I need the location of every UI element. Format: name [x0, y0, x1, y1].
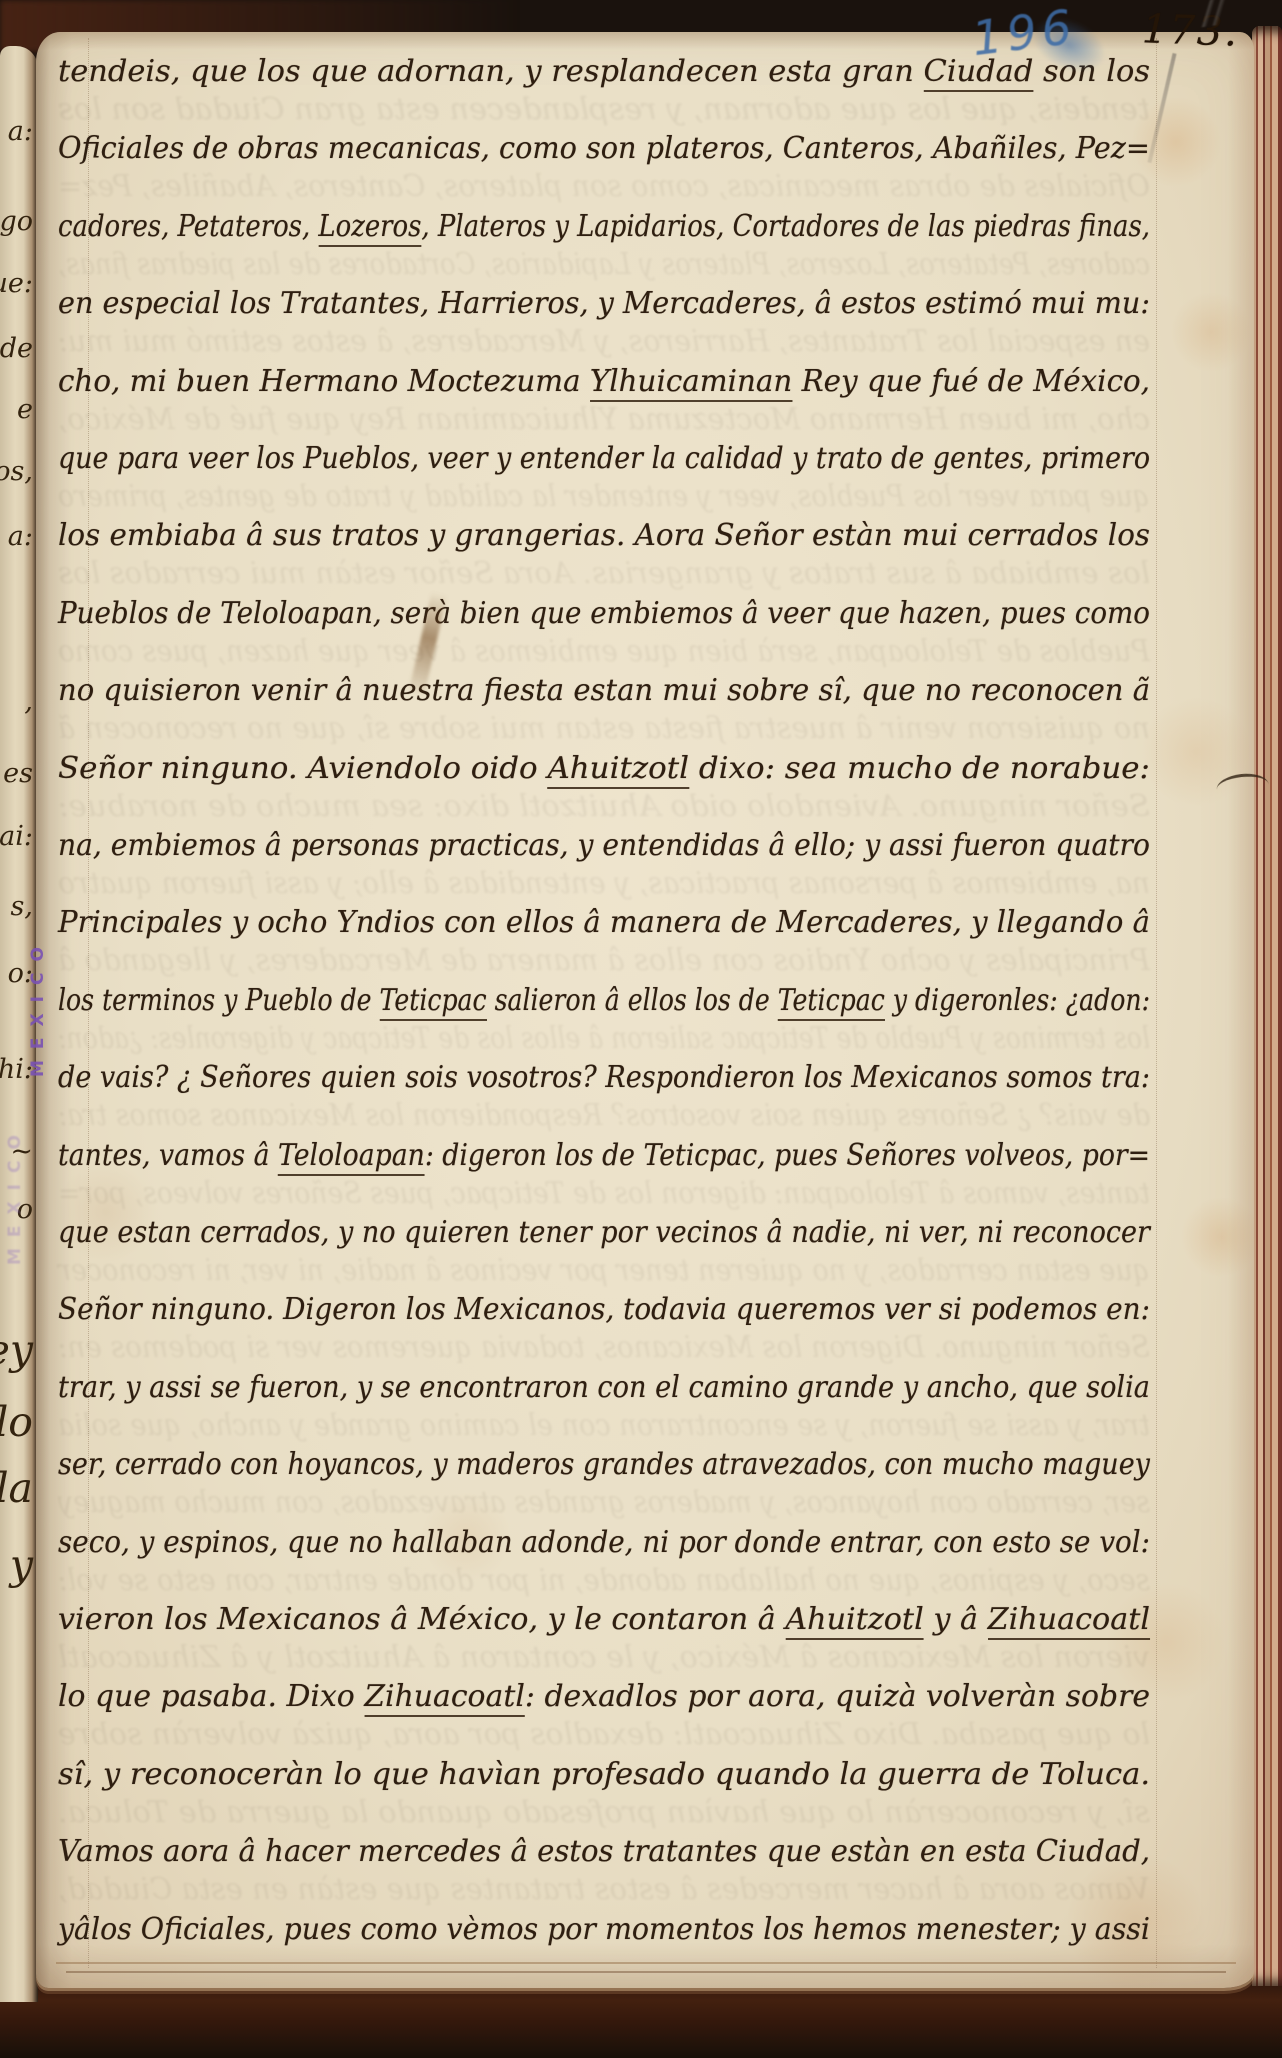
manuscript-line: Pueblos de Teloloapan, serà bien que emb…	[58, 596, 1150, 656]
underlined-word: Zihuacoatl	[364, 1679, 525, 1717]
underlined-word: Ylhuicaminan	[590, 364, 792, 402]
facing-page-text-fragment: lla	[0, 1464, 33, 1512]
line-text: y â	[924, 1602, 988, 1637]
book-page-edges-right	[1252, 26, 1282, 1986]
underlined-word: Teloloapan	[278, 1138, 425, 1176]
line-text: na, embiemos â personas practicas, y ent…	[58, 828, 1150, 863]
facing-page-text-fragment: los,	[0, 456, 33, 487]
line-text: Señor ninguno. Aviendolo oido	[58, 751, 547, 786]
line-text: no quisieron venir â nuestra fiesta esta…	[58, 673, 1150, 708]
line-text: ser, cerrado con hoyancos, y maderos gra…	[58, 1447, 1150, 1482]
manuscript-line: en especial los Tratantes, Harrieros, y …	[58, 286, 1150, 346]
underlined-word: Teticpac	[380, 983, 487, 1021]
line-text: seco, y espinos, que no hallaban adonde,…	[58, 1525, 1150, 1560]
manuscript-line: Oficiales de obras mecanicas, como son p…	[58, 131, 1150, 191]
book-cover-bottom	[0, 1978, 1282, 2058]
line-text: los embiaba â sus tratos y grangerias. A…	[58, 518, 1150, 553]
manuscript-line: Señor ninguno. Aviendolo oido Ahuitzotl …	[58, 751, 1150, 811]
facing-page-text-fragment: Rey	[0, 1326, 33, 1374]
line-text: : dexadlos por aora, quizà volveràn sobr…	[525, 1679, 1150, 1714]
line-text: salieron â ellos los de	[487, 983, 778, 1018]
manuscript-line: cadores, Petateros, Lozeros, Plateros y …	[58, 209, 1150, 269]
manuscript-line: no quisieron venir â nuestra fiesta esta…	[58, 673, 1150, 733]
line-text: cadores, Petateros,	[58, 209, 318, 244]
margin-crease-right	[1156, 38, 1157, 1968]
manuscript-line: los terminos y Pueblo de Teticpac salier…	[58, 983, 1150, 1043]
facing-page-text-fragment: es	[3, 758, 33, 789]
manuscript-line: los embiaba â sus tratos y grangerias. A…	[58, 518, 1150, 578]
page-edge-line	[66, 1971, 1226, 1973]
mexico-stamp: MEXICO	[28, 842, 48, 1077]
manuscript-line: trar, y assi se fueron, y se encontraron…	[58, 1370, 1150, 1430]
manuscript-line: seco, y espinos, que no hallaban adonde,…	[58, 1525, 1150, 1585]
line-text: que para veer los Pueblos, veer y entend…	[58, 441, 1150, 476]
line-text: yâlos Oficiales, pues como vèmos por mom…	[58, 1912, 1150, 1947]
facing-page-text-fragment: ue:	[0, 268, 33, 299]
line-text: tendeis, que los que adornan, y respland…	[58, 54, 924, 89]
line-text: , Plateros y Lapidarios, Cortadores de l…	[421, 209, 1150, 244]
manuscript-line: Señor ninguno. Digeron los Mexicanos, to…	[58, 1292, 1150, 1352]
facing-page-text-fragment: a:	[8, 521, 33, 552]
manuscript-line: cho, mi buen Hermano Moctezuma Ylhuicami…	[58, 364, 1150, 424]
manuscript-line: Principales y ocho Yndios con ellos â ma…	[58, 905, 1150, 965]
manuscript-line: sî, y reconoceràn lo que havìan profesad…	[58, 1757, 1150, 1817]
line-text: : digeron los de Teticpac, pues Señores …	[425, 1138, 1150, 1173]
line-text: cho, mi buen Hermano Moctezuma	[58, 364, 590, 399]
manuscript-line: tantes, vamos â Teloloapan: digeron los …	[58, 1138, 1150, 1198]
facing-page-text-fragment: go	[0, 206, 33, 237]
line-text: los terminos y Pueblo de	[58, 983, 380, 1018]
underlined-word: Lozeros	[318, 209, 421, 247]
line-text: dixo: sea mucho de norabue:	[689, 751, 1150, 786]
manuscript-line: ser, cerrado con hoyancos, y maderos gra…	[58, 1447, 1150, 1507]
line-text: sî, y reconoceràn lo que havìan profesad…	[58, 1757, 1150, 1792]
underlined-word: Teticpac	[778, 983, 885, 1021]
underlined-word: Zihuacoatl	[988, 1602, 1150, 1640]
line-text: Rey que fué de México,	[792, 364, 1150, 399]
line-text: tantes, vamos â	[58, 1138, 278, 1173]
mexico-stamp-offset: MEXICO	[5, 1055, 25, 1265]
underlined-word: Ahuitzotl	[785, 1602, 923, 1640]
manuscript-page: tendeis, que los que adornan, y respland…	[36, 32, 1254, 1988]
line-text: lo que pasaba. Dixo	[58, 1679, 364, 1714]
line-text: Principales y ocho Yndios con ellos â ma…	[58, 905, 1150, 940]
manuscript-line: de vais? ¿ Señores quien sois vosotros? …	[58, 1060, 1150, 1120]
manuscript-line: lo que pasaba. Dixo Zihuacoatl: dexadlos…	[58, 1679, 1150, 1739]
manuscript-photo: a:goue:deelos,a:,esai:s,o:hi:~oReyblolla…	[0, 0, 1282, 2058]
line-text: Señor ninguno. Digeron los Mexicanos, to…	[58, 1292, 1150, 1327]
page-edge-line	[56, 1962, 1236, 1964]
underlined-word: Ahuitzotl	[547, 751, 689, 789]
manuscript-line: que para veer los Pueblos, veer y entend…	[58, 441, 1150, 501]
line-text: Oficiales de obras mecanicas, como son p…	[58, 131, 1150, 166]
manuscript-line: vieron los Mexicanos â México, y le cont…	[58, 1602, 1150, 1662]
manuscript-line: na, embiemos â personas practicas, y ent…	[58, 828, 1150, 888]
line-text: en especial los Tratantes, Harrieros, y …	[58, 286, 1150, 321]
facing-page-text-fragment: ,	[24, 686, 33, 717]
line-text: Vamos aora â hacer mercedes â estos trat…	[58, 1834, 1150, 1869]
facing-page-text-fragment: a:	[8, 116, 33, 147]
line-text: que estan cerrados, y no quieren tener p…	[58, 1215, 1150, 1250]
facing-page-text-fragment: blo	[0, 1398, 33, 1446]
line-text: vieron los Mexicanos â México, y le cont…	[58, 1602, 785, 1637]
line-text: y digeronles: ¿adon:	[885, 983, 1150, 1018]
manuscript-line: que estan cerrados, y no quieren tener p…	[58, 1215, 1150, 1275]
facing-page-text-fragment: y	[10, 1541, 33, 1589]
facing-page-text-fragment: de	[0, 333, 33, 364]
line-text: trar, y assi se fueron, y se encontraron…	[58, 1370, 1150, 1405]
manuscript-line: Vamos aora â hacer mercedes â estos trat…	[58, 1834, 1150, 1894]
line-text: de vais? ¿ Señores quien sois vosotros? …	[58, 1060, 1150, 1095]
facing-page-text-fragment: e	[17, 394, 33, 425]
line-text: Pueblos de Teloloapan, serà bien que emb…	[58, 596, 1150, 631]
